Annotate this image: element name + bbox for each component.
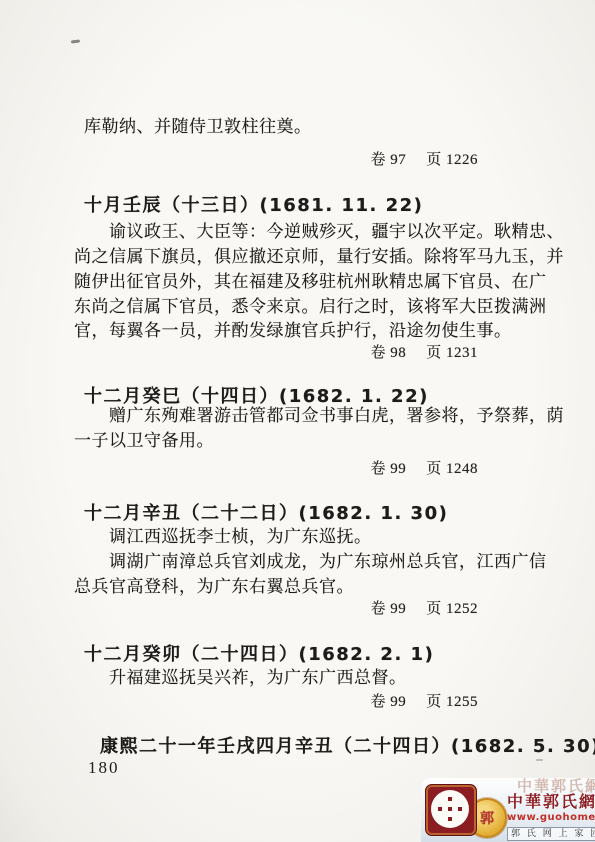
body-line: 调江西巡抚李士桢，为广东巡抚。 (109, 522, 372, 547)
ref-juan: 卷 98 (370, 345, 406, 361)
body-line: 赠广东殉难署游击管都司佥书事白虎，署参将，予祭葬，荫 (109, 401, 564, 426)
source-reference: 卷 99页 1252 (370, 597, 478, 618)
body-line: 尚之信属下旗员，俱应撤还京师，量行安插。除将军马九玉，并 (74, 242, 564, 267)
site-url: www.guohome.org (507, 812, 595, 823)
emblem-motif (436, 805, 444, 813)
emblem-motif (446, 815, 454, 823)
page-number: 180 (88, 758, 120, 778)
site-name-ghost: 中華郭氏網 (517, 775, 595, 796)
scanned-book-page: 库勒纳、并随侍卫敦柱往奠。 卷 97页 1226 十月壬辰（十三日）(1681.… (0, 0, 595, 842)
emblem-motif (456, 805, 464, 813)
scan-speck (536, 759, 543, 761)
ref-juan: 卷 99 (370, 601, 406, 617)
watermark-text-block: 中華郭氏網 中華郭氏網 www.guohome.org 郭 氏 网 上 家 园 (507, 779, 595, 841)
ref-page: 页 1252 (426, 601, 478, 617)
source-reference: 卷 99页 1248 (370, 457, 478, 478)
ref-juan: 卷 99 (370, 694, 406, 710)
body-line: 东尚之信属下官员，悉令来京。启行之时，该将军大臣拨满洲 (74, 292, 547, 317)
year-heading-date: 康熙二十一年壬戌四月辛丑（二十四日）(1682. 5. 30) (100, 732, 595, 758)
seal-character: 郭 (480, 808, 494, 828)
ref-page: 页 1226 (426, 152, 478, 168)
continuation-text: 库勒纳、并随侍卫敦柱往奠。 (84, 112, 312, 137)
ref-page: 页 1231 (426, 345, 478, 361)
body-line: 总兵官高登科，为广东右翼总兵官。 (74, 572, 354, 597)
emblem-motif (446, 805, 454, 813)
entry-heading-date: 十月壬辰（十三日）(1681. 11. 22) (84, 191, 423, 217)
emblem-motif (446, 795, 454, 803)
source-reference: 卷 99页 1255 (370, 690, 478, 711)
emblem-circle (431, 790, 469, 828)
body-line: 升福建巡抚吴兴祚，为广东广西总督。 (109, 663, 407, 688)
body-line: 谕议政王、大臣等：今逆贼殄灭，疆宇以次平定。耿精忠、 (109, 217, 564, 242)
body-line: 随伊出征官员外，其在福建及移驻杭州耿精忠属下官员、在广 (74, 267, 547, 292)
body-line: 一子以卫守备用。 (74, 426, 214, 451)
scan-speck (71, 39, 80, 43)
source-reference: 卷 97页 1226 (370, 148, 478, 169)
ref-juan: 卷 99 (370, 461, 406, 477)
source-reference: 卷 98页 1231 (370, 341, 478, 362)
body-line: 调湖广南漳总兵官刘成龙，为广东琼州总兵官，江西广信 (109, 547, 547, 572)
body-line: 官，每翼各一员，并酌发绿旗官兵护行，沿途勿使生事。 (74, 316, 512, 341)
guo-clan-emblem-icon (425, 784, 477, 836)
ref-juan: 卷 97 (370, 152, 406, 168)
site-watermark: 郭 中華郭氏網 中華郭氏網 www.guohome.org 郭 氏 网 上 家 … (421, 778, 595, 842)
ref-page: 页 1255 (426, 694, 478, 710)
site-tagline: 郭 氏 网 上 家 园 (507, 827, 595, 841)
ref-page: 页 1248 (426, 461, 478, 477)
